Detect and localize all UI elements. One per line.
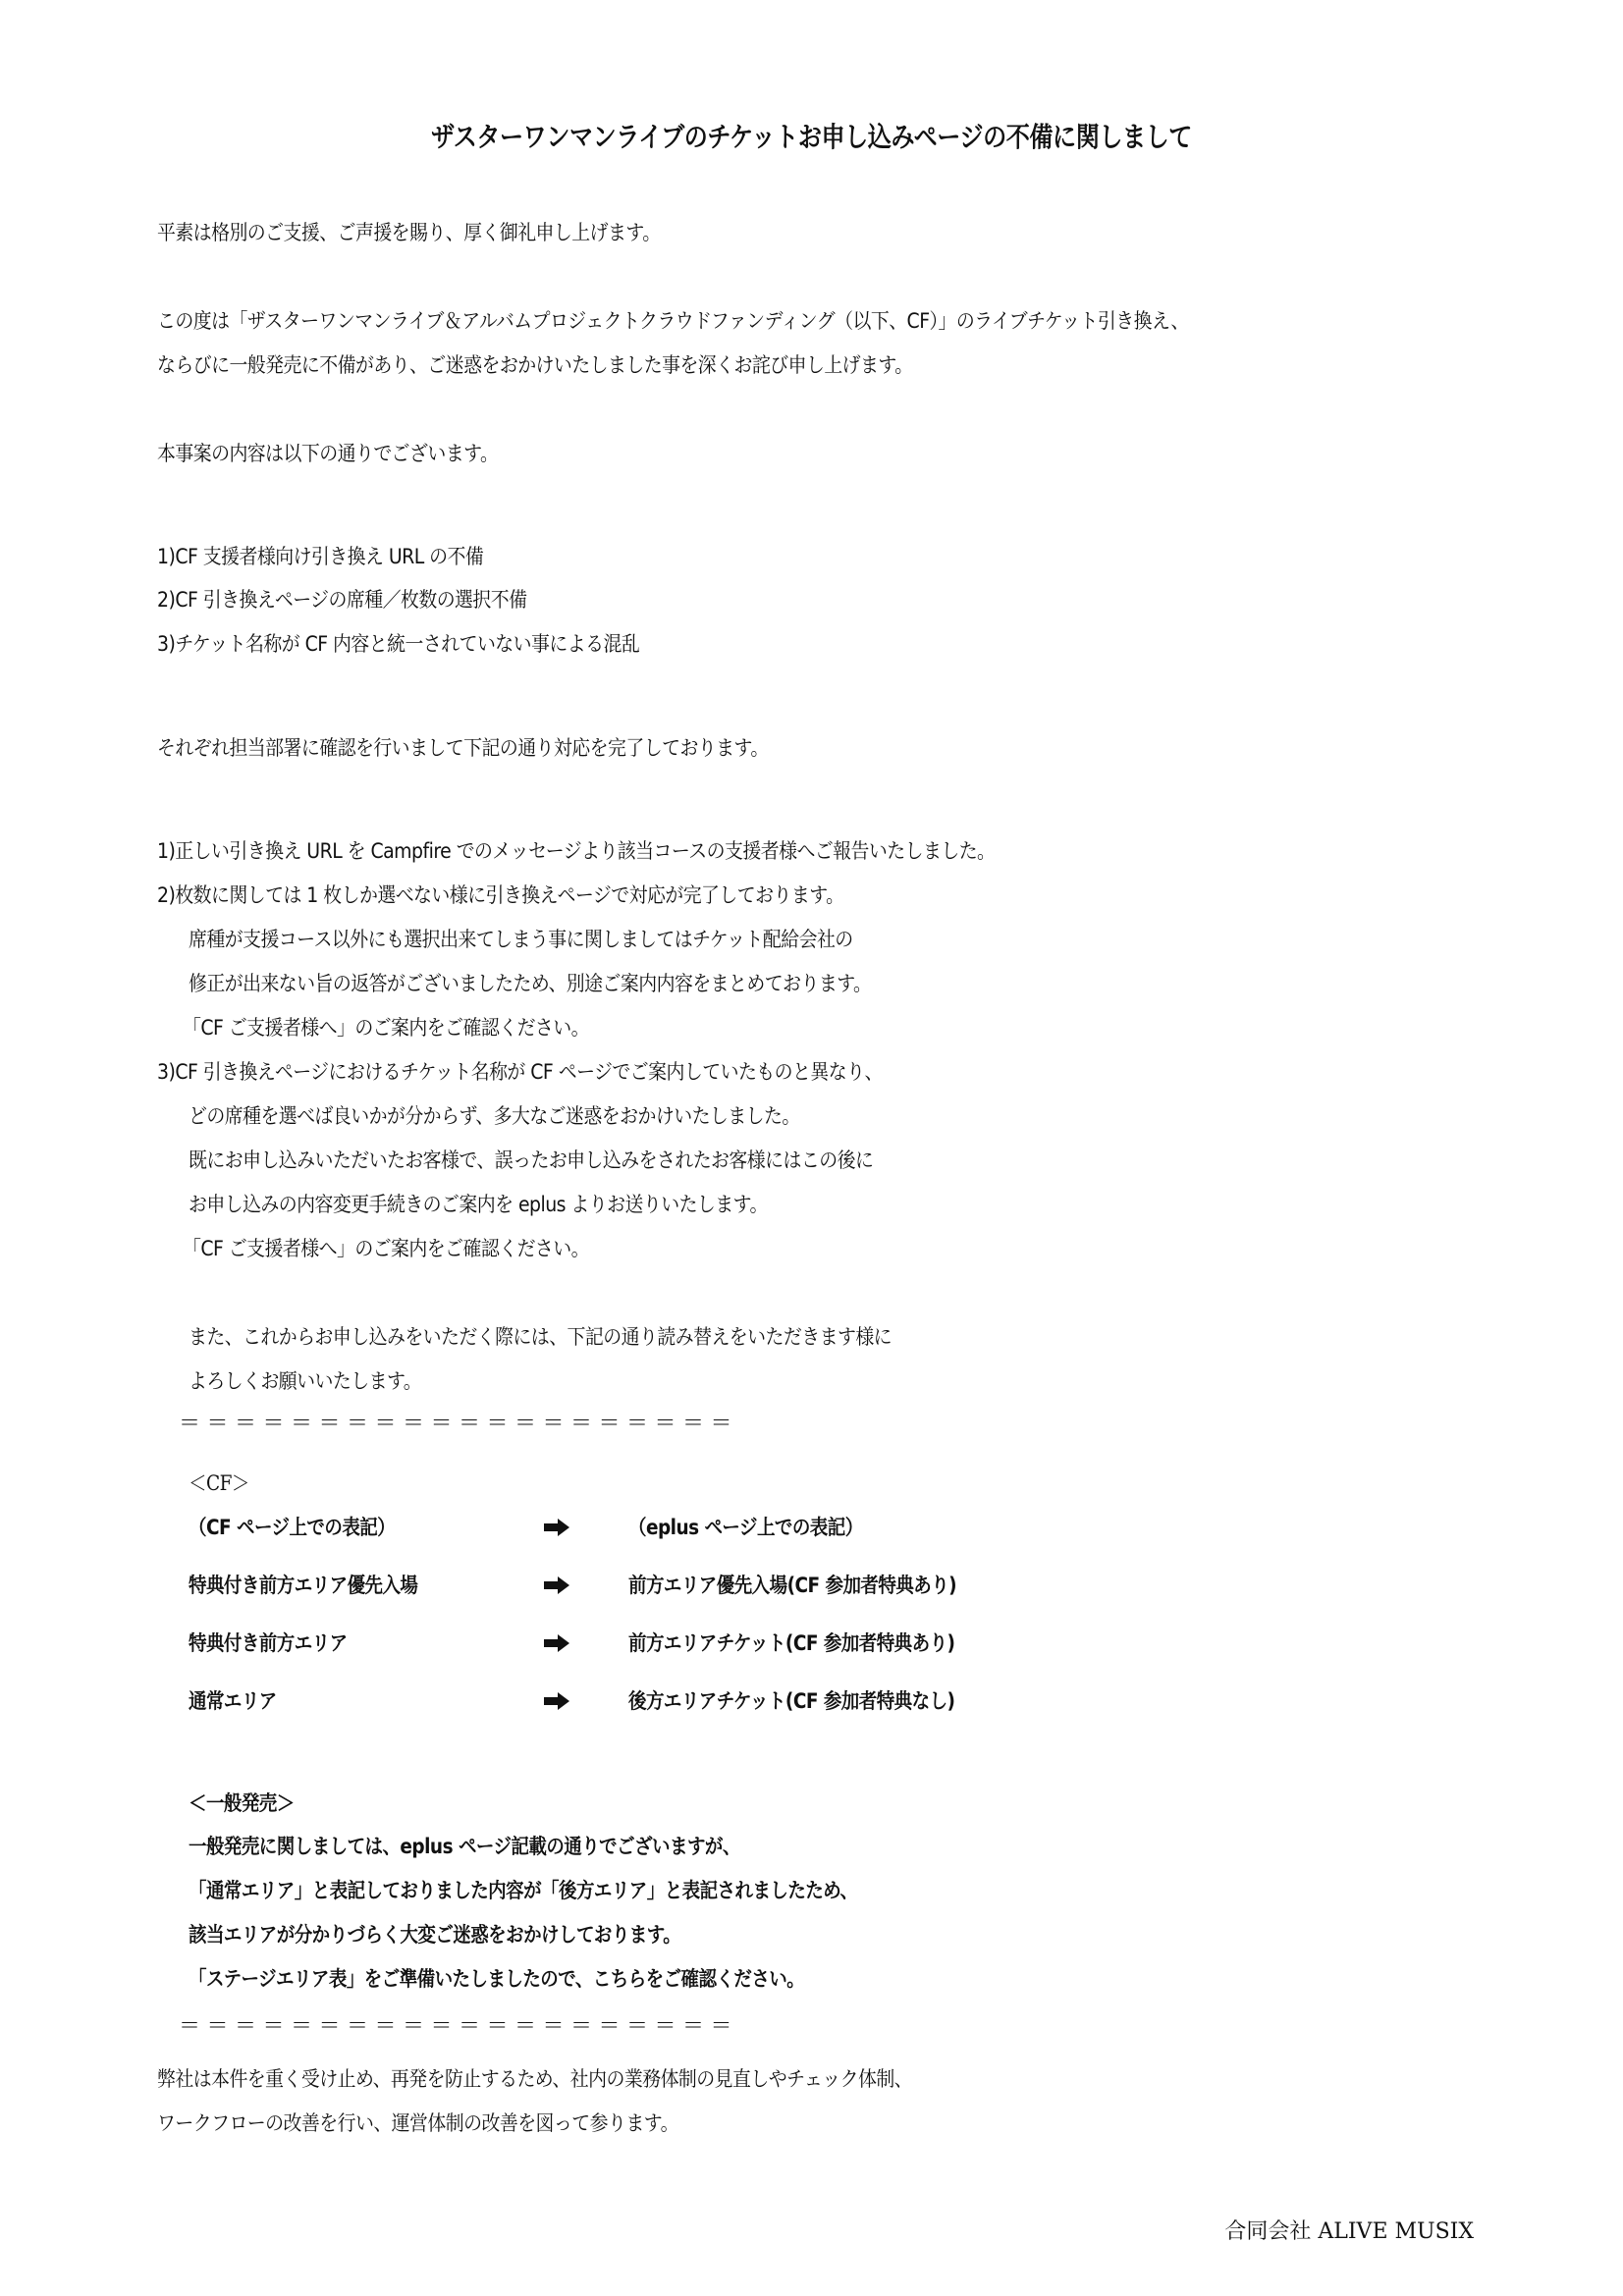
closing-line-2: ワークフローの改善を行い、運営体制の改善を図って参ります。 [157, 2109, 678, 2138]
cf-table-row-2-left: 特典付き前方エリア [189, 1629, 348, 1658]
cf-table-header-left: （CF ページ上での表記） [189, 1513, 395, 1542]
apology-line-2: ならびに一般発売に不備があり、ご迷惑をおかけいたしました事を深くお詫び申し上げま… [157, 350, 913, 380]
right-arrow-icon [544, 1519, 569, 1536]
cf-table-row-1-left: 特典付き前方エリア優先入場 [189, 1571, 417, 1600]
separator-top: ＝＝＝＝＝＝＝＝＝＝＝＝＝＝＝＝＝＝＝＝ [179, 1410, 738, 1439]
responses-intro: それぞれ担当部署に確認を行いまして下記の通り対応を完了しております。 [157, 733, 769, 763]
response-3-cont-2: 既にお申し込みいただいたお客様で、誤ったお申し込みをされたお客様にはこの後に [189, 1146, 873, 1175]
response-3-cont-3: お申し込みの内容変更手続きのご案内を eplus よりお送りいたします。 [189, 1190, 768, 1219]
right-arrow-icon [544, 1576, 569, 1594]
response-item-3: 3)CF 引き換えページにおけるチケット名称が CF ページでご案内していたもの… [157, 1057, 883, 1087]
response-2-cont-3: 「CF ご支援者様へ」のご案内をご確認ください。 [183, 1013, 589, 1042]
response-item-1: 1)正しい引き換え URL を Campfire でのメッセージより該当コースの… [157, 836, 995, 866]
cf-table-row-3-right: 後方エリアチケット(CF 参加者特典なし) [628, 1686, 954, 1716]
right-arrow-icon [544, 1634, 569, 1652]
response-2-cont-2: 修正が出来ない旨の返答がございましたため、別途ご案内内容をまとめております。 [189, 969, 871, 998]
reading-note-line-1: また、これからお申し込みをいただく際には、下記の通り読み替えをいただきます様に [189, 1322, 892, 1352]
cf-table-row-2-right: 前方エリアチケット(CF 参加者特典あり) [628, 1629, 954, 1658]
cf-section-heading: ＜CF＞ [189, 1468, 249, 1498]
closing-line-1: 弊社は本件を重く受け止め、再発を防止するため、社内の業務体制の見直しやチェック体… [157, 2064, 912, 2094]
greeting-text: 平素は格別のご支援、ご声援を賜り、厚く御礼申し上げます。 [157, 218, 661, 247]
separator-bottom: ＝＝＝＝＝＝＝＝＝＝＝＝＝＝＝＝＝＝＝＝ [179, 2012, 738, 2042]
cf-table-row-3-left: 通常エリア [189, 1686, 277, 1716]
issue-item-1: 1)CF 支援者様向け引き換え URL の不備 [157, 542, 483, 571]
page-title: ザスターワンマンライブのチケットお申し込みページの不備に関しまして [114, 116, 1510, 155]
document-page: ザスターワンマンライブのチケットお申し込みページの不備に関しまして 平素は格別の… [0, 0, 1623, 2296]
issues-intro: 本事案の内容は以下の通りでございます。 [157, 439, 498, 468]
cf-table-header-right: （eplus ページ上での表記） [628, 1513, 863, 1542]
cf-table-row-1-right: 前方エリア優先入場(CF 参加者特典あり) [628, 1571, 956, 1600]
general-line-1: 一般発売に関しましては、eplus ページ記載の通りでございますが、 [189, 1832, 740, 1861]
apology-line-1: この度は「ザスターワンマンライブ＆アルバムプロジェクトクラウドファンディング（以… [157, 306, 1189, 336]
general-line-3: 該当エリアが分かりづらく大変ご迷惑をおかけしております。 [189, 1920, 680, 1949]
general-section-heading: ＜一般発売＞ [189, 1789, 295, 1818]
issue-item-3: 3)チケット名称が CF 内容と統一されていない事による混乱 [157, 629, 639, 659]
response-item-2: 2)枚数に関しては 1 枚しか選べない様に引き換えページで対応が完了しております… [157, 881, 843, 910]
company-name: 合同会社 ALIVE MUSIX [1224, 2215, 1474, 2245]
response-2-cont-1: 席種が支援コース以外にも選択出来てしまう事に関しましてはチケット配給会社の [189, 925, 853, 954]
general-line-2: 「通常エリア」と表記しておりました内容が「後方エリア」と表記されましたため、 [189, 1876, 857, 1905]
right-arrow-icon [544, 1692, 569, 1710]
response-3-cont-4: 「CF ご支援者様へ」のご案内をご確認ください。 [183, 1234, 589, 1263]
response-3-cont-1: どの席種を選べば良いかが分からず、多大なご迷惑をおかけいたしました。 [189, 1101, 800, 1131]
reading-note-line-2: よろしくお願いいたします。 [189, 1366, 421, 1396]
general-line-4: 「ステージエリア表」をご準備いたしましたので、こちらをご確認ください。 [189, 1964, 804, 1994]
issue-item-2: 2)CF 引き換えページの席種／枚数の選択不備 [157, 585, 527, 614]
